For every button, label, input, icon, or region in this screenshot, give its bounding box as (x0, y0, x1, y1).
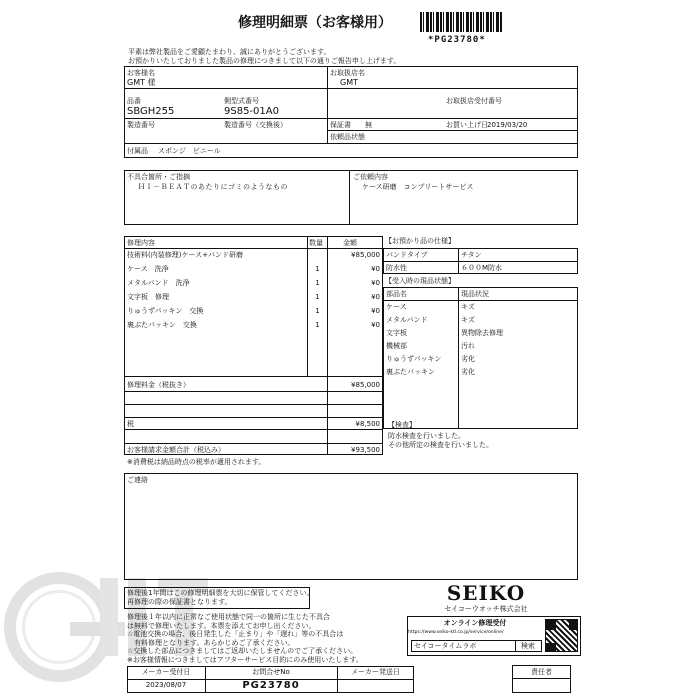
tax-label: 税 (127, 420, 134, 429)
spec-value: チタン (461, 251, 482, 260)
defect-text: ＨＩ－ＢＥＡＴのあたりにゴミのようなもの (138, 183, 288, 192)
responsible-label: 責任者 (512, 668, 571, 677)
contact-label: ご連絡 (127, 476, 148, 485)
spec-title: 【お預かり品の仕様】 (385, 237, 455, 246)
repair-row-content: 文字板 修理 (127, 293, 169, 302)
serial-replaced-label: 製造番号（交換後） (224, 121, 287, 130)
total-label: お客様請求金額合計（税込み） (127, 446, 225, 455)
tax-value: ¥8,500 (330, 420, 380, 429)
repair-amount-header: 金額 (343, 239, 357, 248)
serial-label: 製造番号 (127, 121, 155, 130)
repair-row-content: メタルバンド 洗浄 (127, 279, 190, 288)
condition-part: 裏ぶたパッキン (386, 368, 435, 377)
repair-row-qty: 1 (308, 293, 327, 302)
terms-line: は無料で修理いたします。本票を添えてお申し出ください。 (127, 622, 315, 630)
repair-row-content: りゅうずパッキン 交換 (127, 307, 203, 316)
condition-status: 劣化 (461, 368, 475, 377)
search-term: セイコータイムラボ (414, 642, 476, 651)
keep-notice-line-2: 再修理の際の保証書となります。 (127, 598, 231, 607)
greeting-line-2: お預かりいたしておりました製品の修理につきまして以下の通りご報告申し上げます。 (128, 57, 400, 66)
product-no-label: 品番 (127, 97, 141, 106)
repair-content-header: 修理内容 (127, 239, 155, 248)
maker-header: メーカー受付日 (127, 668, 205, 677)
condition-status: 異物除去修理 (461, 329, 503, 338)
repair-row-content: 裏ぶたパッキン 交換 (127, 321, 197, 330)
repair-row-amount: ¥0 (330, 265, 380, 274)
repair-row-amount: ¥0 (330, 307, 380, 316)
spec-label: 防水性 (386, 264, 407, 273)
model-no: 9S85-01A0 (224, 107, 279, 117)
maker-header: お問合せNo (205, 668, 337, 677)
terms-line: ☆交換した部品につきましてはご返却いたしませんのでご了承ください。 (127, 647, 357, 655)
maker-value: PG23780 (205, 681, 337, 690)
search-button[interactable]: 検索 (521, 642, 535, 651)
repair-row-qty: 1 (308, 321, 327, 330)
condition-part: 機械部 (386, 342, 407, 351)
qr-code[interactable] (545, 619, 578, 652)
repair-row-content: 技術料(内装修理)ケース+バンド研磨 (127, 251, 243, 260)
spec-value: ６００M防水 (461, 264, 502, 273)
dealer-name: GMT (340, 78, 358, 88)
online-repair-title: オンライン修理受付 (420, 619, 530, 628)
terms-line: 有料修理となります。あらかじめご了承ください。 (127, 639, 294, 647)
repair-row-amount: ¥0 (330, 279, 380, 288)
page-title: 修理明細票（お客様用） (238, 12, 392, 32)
watermark-m-left (100, 578, 118, 656)
spec-label: バンドタイプ (386, 251, 428, 260)
condition-title: 【受入時の現品状態】 (385, 277, 455, 286)
condition-part: りゅうずパッキン (386, 355, 441, 364)
company-name: セイコーウオッチ株式会社 (420, 605, 552, 614)
total-value: ¥93,500 (330, 446, 380, 455)
condition-status: キズ (461, 316, 475, 325)
model-no-label: 側型式番号 (224, 97, 259, 106)
subtotal-label: 修理料金（税抜き） (127, 381, 190, 390)
barcode-text: *PG23780* (428, 35, 486, 45)
online-url-link[interactable]: https://www.seiko-ktl.co.jp/service/onli… (408, 630, 504, 636)
keep-notice-line-1: 修理後1年間はこの修理明細票を大切に保管してください。 (127, 589, 313, 598)
repair-row-amount: ¥0 (330, 321, 380, 330)
customer-name-label: お客様名 (127, 69, 155, 78)
condition-status: 劣化 (461, 355, 475, 364)
seiko-logo: SEIKO (432, 581, 540, 605)
repair-row-amount: ¥85,000 (330, 251, 380, 260)
inspection-title: 【検査】 (388, 421, 416, 430)
accessories-label: 付属品 (127, 147, 148, 156)
purchase-date: 2019/03/20 (487, 121, 527, 130)
repair-row-amount: ¥0 (330, 293, 380, 302)
subtotal-value: ¥85,000 (330, 381, 380, 390)
condition-part: 文字板 (386, 329, 407, 338)
contact-box (124, 473, 578, 580)
condition-part: ケース (386, 303, 407, 312)
condition-part-header: 部品名 (386, 290, 407, 299)
product-no: SBGH255 (127, 107, 174, 117)
accessories: スポンジ ビニール (158, 147, 221, 156)
repair-qty-header: 数量 (309, 239, 323, 248)
defect-label: 不具合箇所・ご指摘 (127, 173, 190, 182)
request-text: ケース研磨 コンプリートサービス (362, 183, 473, 192)
warranty-label: 保証書 (330, 121, 351, 130)
barcode (420, 12, 502, 32)
maker-value: 2023/08/07 (127, 681, 205, 690)
item-condition-label: 依頼品状態 (330, 133, 365, 142)
terms-line: ※お客様情報につきましてはアフターサービス目的にのみ使用いたします。 (127, 656, 363, 664)
condition-status: 汚れ (461, 342, 475, 351)
purchase-date-label: お買い上げ日 (446, 121, 488, 130)
inspection-line-1: 防水検査を行いました。 (388, 432, 465, 441)
repair-row-qty: 1 (308, 307, 327, 316)
maker-header: メーカー発送日 (337, 668, 414, 677)
request-label: ご依頼内容 (353, 173, 388, 182)
condition-part: メタルバンド (386, 316, 428, 325)
dealer-receipt-label: お取扱店受付番号 (446, 97, 502, 106)
tax-note: ※消費税は納品時点の税率が適用されます。 (127, 458, 265, 467)
inspection-line-2: その他所定の検査を行いました。 (388, 441, 493, 450)
repair-row-content: ケース 洗浄 (127, 265, 169, 274)
terms-line: 修理後１年以内に正常なご使用状態で同一の箇所に生じた不具合 (127, 613, 330, 621)
request-box (124, 170, 578, 225)
greeting-line-1: 平素は弊社製品をご愛顧たまわり、誠にありがとうございます。 (128, 48, 330, 57)
condition-status-header: 現品状況 (461, 290, 489, 299)
dealer-name-label: お取扱店名 (330, 69, 365, 78)
warranty-value: 無 (365, 121, 372, 130)
condition-status: キズ (461, 303, 475, 312)
customer-name: GMT 様 (127, 78, 156, 88)
repair-row-qty: 1 (308, 265, 327, 274)
terms-line: ☆電池交換の場合、後日発生した「止まり」や「遅れ」等の不具合は (127, 630, 343, 638)
repair-row-qty: 1 (308, 279, 327, 288)
